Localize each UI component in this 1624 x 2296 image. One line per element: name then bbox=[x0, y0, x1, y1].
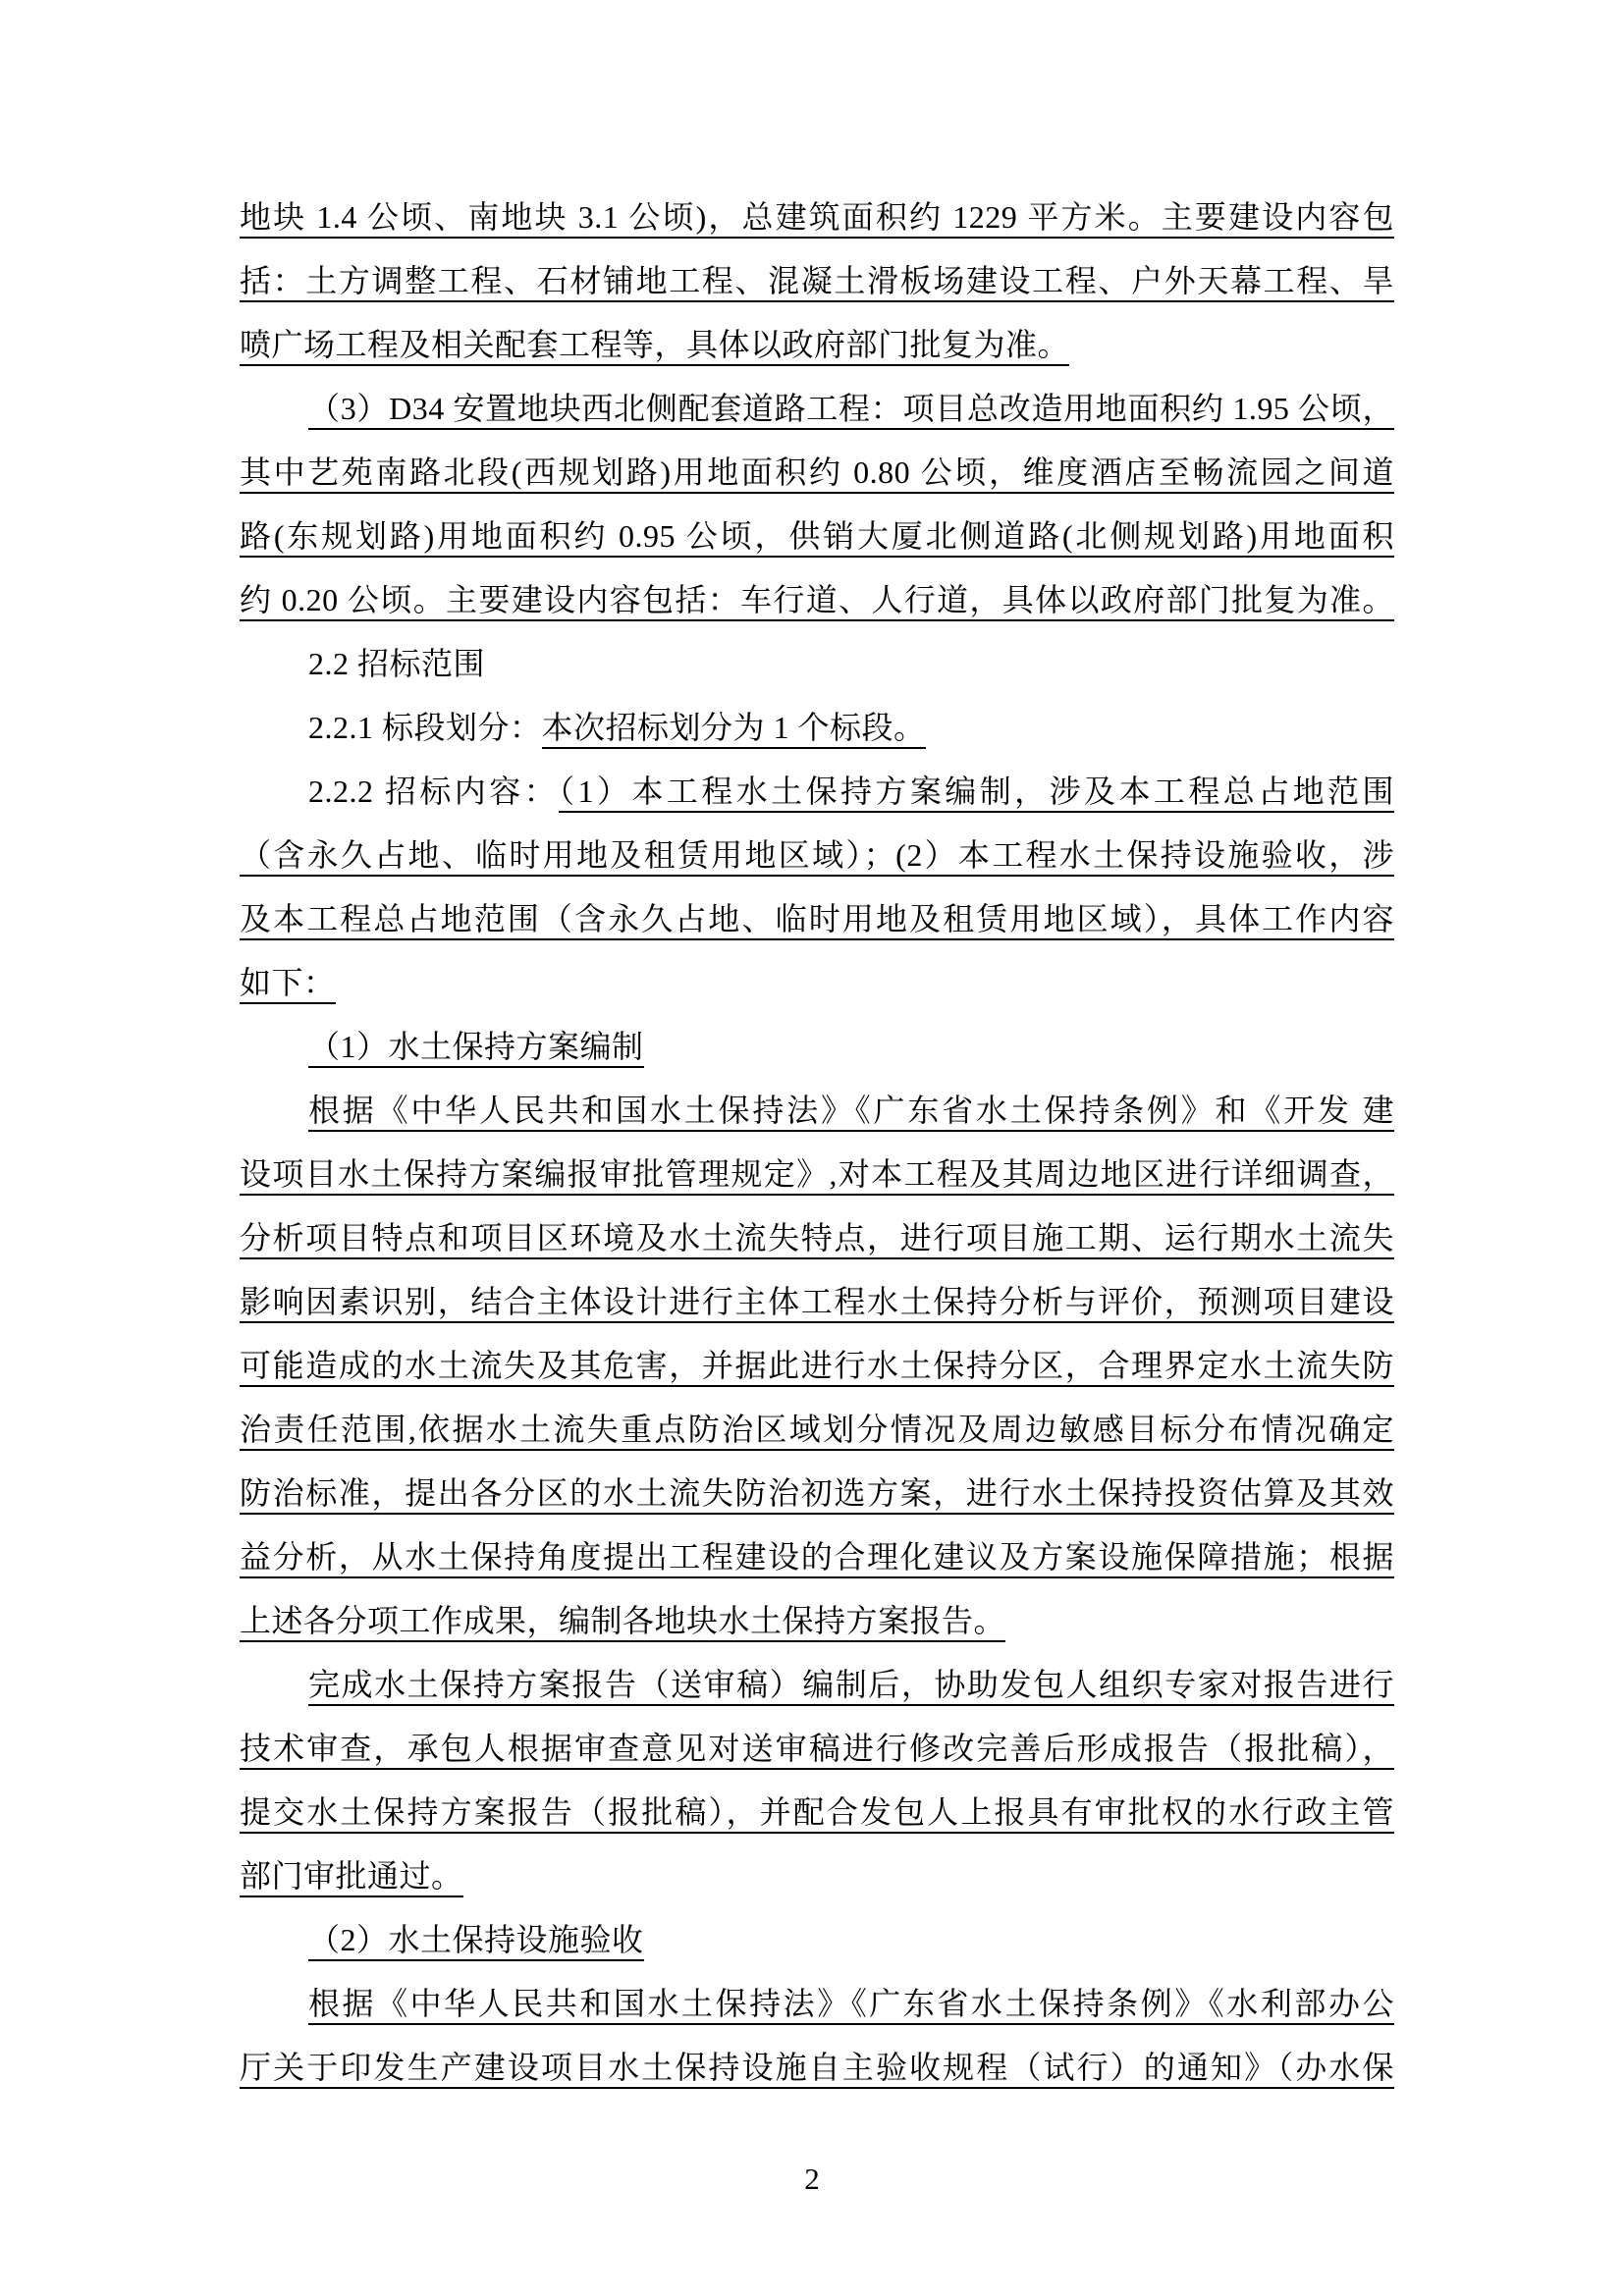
text-line: （2）水土保持设施验收 bbox=[240, 1908, 1394, 1972]
underlined-text-segment: （1）本工程水土保持方案编制，涉及本工程总占地范围 bbox=[559, 774, 1394, 813]
underlined-text-segment: 可能造成的水土流失及其危害，并据此进行水土保持分区，合理界定水土流失防 bbox=[240, 1348, 1394, 1387]
text-line: 根据《中华人民共和国水土保持法》《广东省水土保持条例》《水利部办公 bbox=[240, 1972, 1394, 2036]
text-line: （3）D34 安置地块西北侧配套道路工程：项目总改造用地面积约 1.95 公顷， bbox=[240, 377, 1394, 441]
text-line: 治责任范围,依据水土流失重点防治区域划分情况及周边敏感目标分布情况确定 bbox=[240, 1398, 1394, 1462]
text-line: 部门审批通过。 bbox=[240, 1844, 1394, 1908]
text-line: 设项目水土保持方案编报审批管理规定》,对本工程及其周边地区进行详细调查， bbox=[240, 1143, 1394, 1206]
underlined-text-segment: （含永久占地、临时用地及租赁用地区域）；(2）本工程水土保持设施验收，涉 bbox=[240, 837, 1394, 877]
text-line: 益分析，从水土保持角度提出工程建设的合理化建议及方案设施保障措施；根据 bbox=[240, 1525, 1394, 1589]
text-line: 括：土方调整工程、石材铺地工程、混凝土滑板场建设工程、户外天幕工程、旱 bbox=[240, 249, 1394, 313]
underlined-text-segment: 本次招标划分为 1 个标段。 bbox=[542, 710, 926, 749]
underlined-text-segment: （1）水土保持方案编制 bbox=[308, 1029, 644, 1068]
text-line: 2.2.2 招标内容：（1）本工程水土保持方案编制，涉及本工程总占地范围 bbox=[240, 760, 1394, 824]
underlined-text-segment: 及本工程总占地范围（含永久占地、临时用地及租赁用地区域），具体工作内容 bbox=[240, 901, 1394, 940]
underlined-text-segment: 根据《中华人民共和国水土保持法》《广东省水土保持条例》《水利部办公 bbox=[308, 1986, 1394, 2025]
text-line: 可能造成的水土流失及其危害，并据此进行水土保持分区，合理界定水土流失防 bbox=[240, 1334, 1394, 1398]
underlined-text-segment: 路(东规划路)用地面积约 0.95 公顷，供销大厦北侧道路(北侧规划路)用地面积 bbox=[240, 518, 1394, 558]
text-line: 上述各分项工作成果，编制各地块水土保持方案报告。 bbox=[240, 1589, 1394, 1653]
underlined-text-segment: 括：土方调整工程、石材铺地工程、混凝土滑板场建设工程、户外天幕工程、旱 bbox=[240, 263, 1394, 302]
underlined-text-segment: （2）水土保持设施验收 bbox=[308, 1922, 644, 1961]
underlined-text-segment: 益分析，从水土保持角度提出工程建设的合理化建议及方案设施保障措施；根据 bbox=[240, 1539, 1394, 1578]
underlined-text-segment: 上述各分项工作成果，编制各地块水土保持方案报告。 bbox=[240, 1603, 1005, 1642]
text-segment: 2.2 招标范围 bbox=[308, 646, 485, 681]
text-line: 根据《中华人民共和国水土保持法》《广东省水土保持条例》和《开发 建 bbox=[240, 1079, 1394, 1143]
text-line: 如下： bbox=[240, 951, 1394, 1015]
underlined-text-segment: 其中艺苑南路北段(西规划路)用地面积约 0.80 公顷，维度酒店至畅流园之间道 bbox=[240, 454, 1394, 494]
underlined-text-segment: 部门审批通过。 bbox=[240, 1858, 463, 1897]
text-line: （含永久占地、临时用地及租赁用地区域）；(2）本工程水土保持设施验收，涉 bbox=[240, 824, 1394, 887]
underlined-text-segment: 如下： bbox=[240, 965, 336, 1004]
text-line: 路(东规划路)用地面积约 0.95 公顷，供销大厦北侧道路(北侧规划路)用地面积 bbox=[240, 505, 1394, 568]
underlined-text-segment: 治责任范围,依据水土流失重点防治区域划分情况及周边敏感目标分布情况确定 bbox=[240, 1412, 1394, 1451]
underlined-text-segment: 技术审查，承包人根据审查意见对送审稿进行修改完善后形成报告（报批稿）， bbox=[240, 1731, 1394, 1770]
underlined-text-segment: 厅关于印发生产建设项目水土保持设施自主验收规程（试行）的通知》（办水保 bbox=[240, 2050, 1394, 2089]
text-line: 影响因素识别，结合主体设计进行主体工程水土保持分析与评价，预测项目建设 bbox=[240, 1270, 1394, 1334]
text-line: 2.2 招标范围 bbox=[240, 632, 1394, 696]
underlined-text-segment: 防治标准，提出各分区的水土流失防治初选方案，进行水土保持投资估算及其效 bbox=[240, 1475, 1394, 1515]
text-line: 2.2.1 标段划分：本次招标划分为 1 个标段。 bbox=[240, 696, 1394, 760]
text-line: 及本工程总占地范围（含永久占地、临时用地及租赁用地区域），具体工作内容 bbox=[240, 887, 1394, 951]
text-line: 防治标准，提出各分区的水土流失防治初选方案，进行水土保持投资估算及其效 bbox=[240, 1462, 1394, 1525]
underlined-text-segment: 地块 1.4 公顷、南地块 3.1 公顷)，总建筑面积约 1229 平方米。主要… bbox=[240, 199, 1394, 239]
underlined-text-segment: 分析项目特点和项目区环境及水土流失特点，进行项目施工期、运行期水土流失 bbox=[240, 1220, 1394, 1259]
text-line: 约 0.20 公顷。主要建设内容包括：车行道、人行道，具体以政府部门批复为准。 bbox=[240, 568, 1394, 632]
underlined-text-segment: 完成水土保持方案报告（送审稿）编制后，协助发包人组织专家对报告进行 bbox=[308, 1667, 1394, 1706]
text-block: 地块 1.4 公顷、南地块 3.1 公顷)，总建筑面积约 1229 平方米。主要… bbox=[0, 0, 1624, 2100]
text-line: 提交水土保持方案报告（报批稿），并配合发包人上报具有审批权的水行政主管 bbox=[240, 1781, 1394, 1844]
text-line: 厅关于印发生产建设项目水土保持设施自主验收规程（试行）的通知》（办水保 bbox=[240, 2036, 1394, 2100]
text-line: 喷广场工程及相关配套工程等，具体以政府部门批复为准。 bbox=[240, 313, 1394, 377]
underlined-text-segment: 喷广场工程及相关配套工程等，具体以政府部门批复为准。 bbox=[240, 327, 1069, 366]
text-line: （1）水土保持方案编制 bbox=[240, 1015, 1394, 1079]
document-page: 地块 1.4 公顷、南地块 3.1 公顷)，总建筑面积约 1229 平方米。主要… bbox=[0, 0, 1624, 2296]
text-line: 地块 1.4 公顷、南地块 3.1 公顷)，总建筑面积约 1229 平方米。主要… bbox=[240, 186, 1394, 249]
underlined-text-segment: 根据《中华人民共和国水土保持法》《广东省水土保持条例》和《开发 建 bbox=[308, 1093, 1394, 1132]
underlined-text-segment: 约 0.20 公顷。主要建设内容包括：车行道、人行道，具体以政府部门批复为准。 bbox=[240, 582, 1394, 621]
text-line: 技术审查，承包人根据审查意见对送审稿进行修改完善后形成报告（报批稿）， bbox=[240, 1717, 1394, 1781]
text-segment: 2.2.2 招标内容： bbox=[308, 774, 559, 809]
underlined-text-segment: 影响因素识别，结合主体设计进行主体工程水土保持分析与评价，预测项目建设 bbox=[240, 1284, 1394, 1323]
page-number: 2 bbox=[0, 2156, 1624, 2203]
underlined-text-segment: （3）D34 安置地块西北侧配套道路工程：项目总改造用地面积约 1.95 公顷， bbox=[308, 391, 1394, 430]
text-line: 分析项目特点和项目区环境及水土流失特点，进行项目施工期、运行期水土流失 bbox=[240, 1206, 1394, 1270]
text-segment: 2.2.1 标段划分： bbox=[308, 710, 542, 745]
text-line: 完成水土保持方案报告（送审稿）编制后，协助发包人组织专家对报告进行 bbox=[240, 1653, 1394, 1717]
underlined-text-segment: 提交水土保持方案报告（报批稿），并配合发包人上报具有审批权的水行政主管 bbox=[240, 1794, 1394, 1834]
text-line: 其中艺苑南路北段(西规划路)用地面积约 0.80 公顷，维度酒店至畅流园之间道 bbox=[240, 441, 1394, 505]
underlined-text-segment: 设项目水土保持方案编报审批管理规定》,对本工程及其周边地区进行详细调查， bbox=[240, 1156, 1394, 1196]
